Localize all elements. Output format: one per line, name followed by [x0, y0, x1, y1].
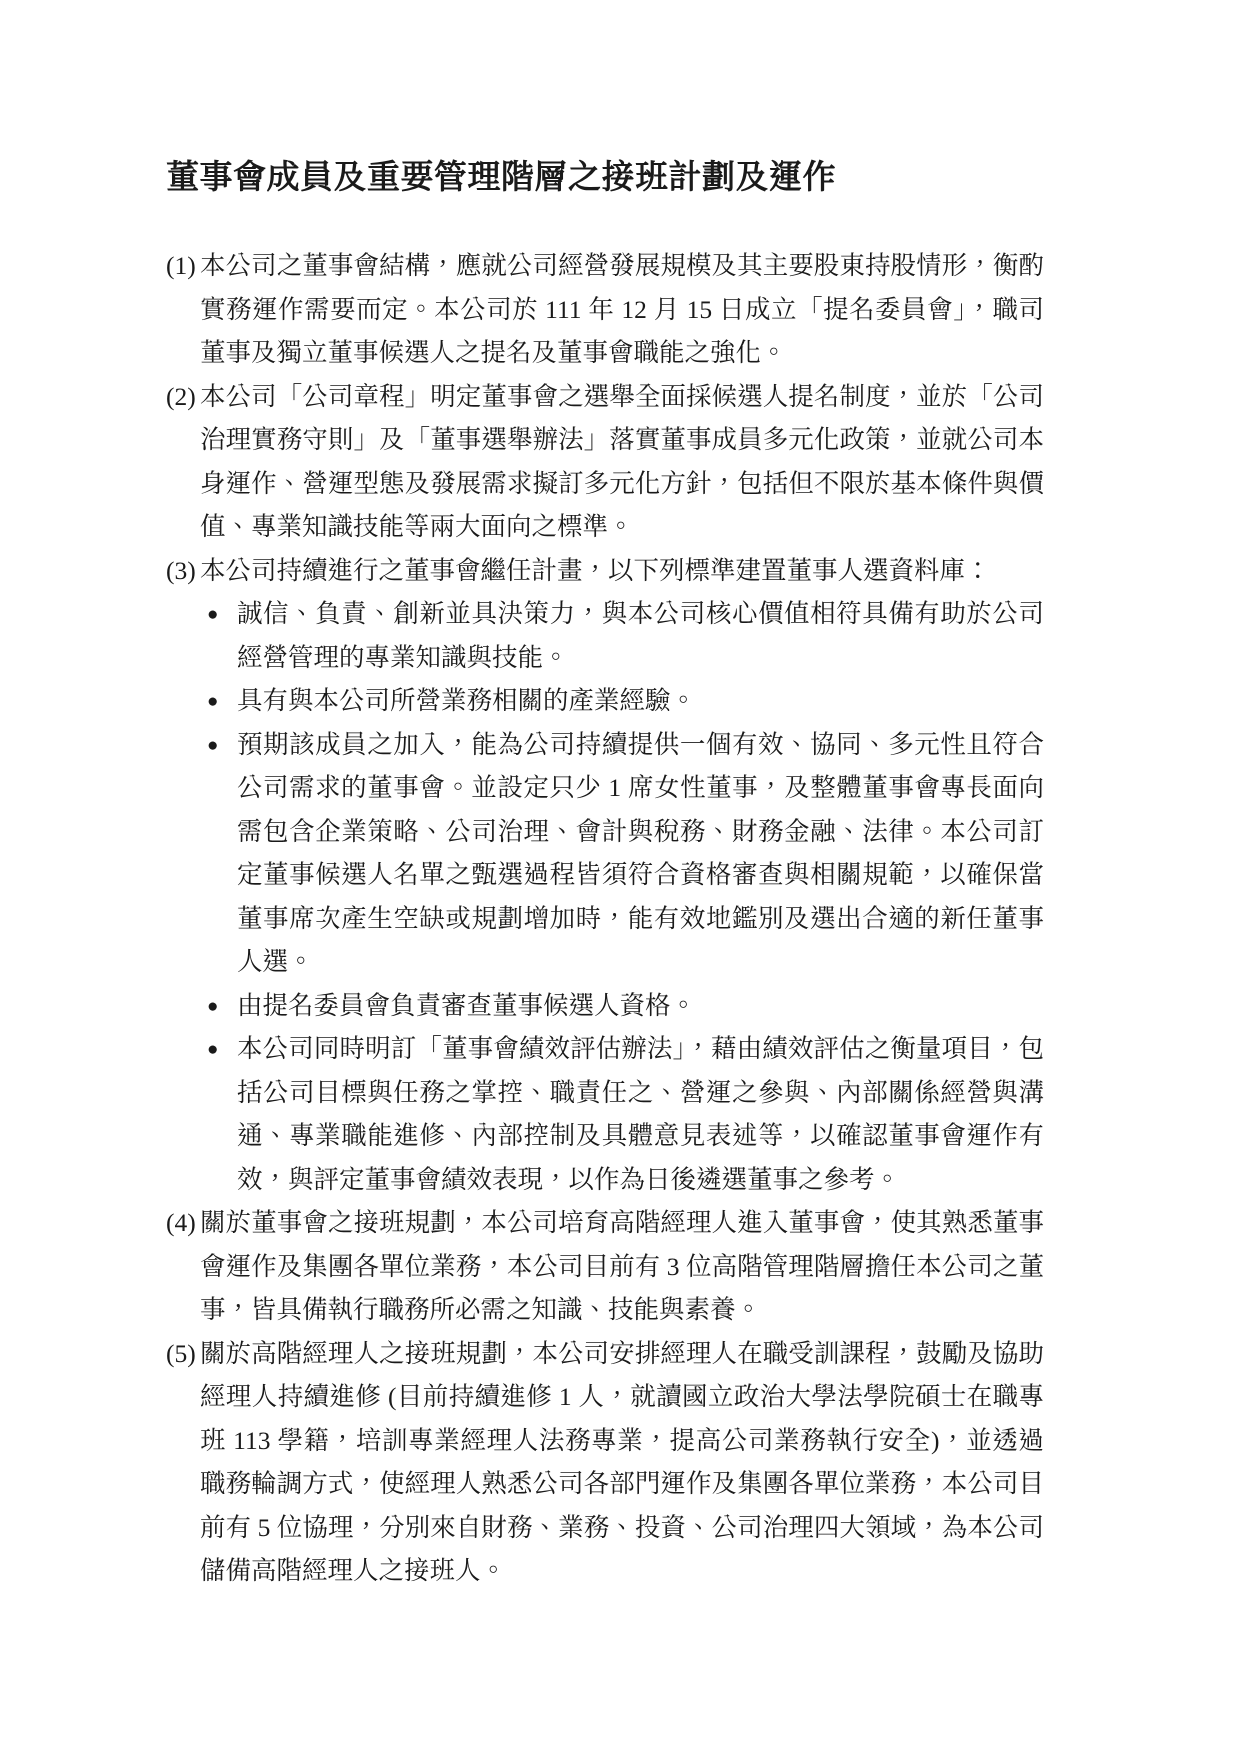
paragraph-text: 本公司之董事會結構，應就公司經營發展規模及其主要股東持股情形，衡酌實務運作需要而…	[200, 251, 1044, 367]
paragraph-5: (5) 關於高階經理人之接班規劃，本公司安排經理人在職受訓課程，鼓勵及協助經理人…	[166, 1332, 1044, 1593]
document-body: (1) 本公司之董事會結構，應就公司經營發展規模及其主要股東持股情形，衡酌實務運…	[166, 244, 1044, 1593]
bullet-icon: ●	[207, 593, 218, 637]
bullet-icon: ●	[207, 1028, 218, 1072]
bullet-text: 由提名委員會負責審查董事候選人資格。	[237, 991, 696, 1020]
list-number: (1)	[166, 244, 196, 288]
bullet-text: 本公司同時明訂「董事會績效評估辦法」，藉由績效評估之衡量項目，包括公司目標與任務…	[237, 1034, 1044, 1194]
bullet-item: ● 具有與本公司所營業務相關的產業經驗。	[166, 679, 1044, 723]
paragraph-3: (3) 本公司持續進行之董事會繼任計畫，以下列標準建置董事人選資料庫：	[166, 549, 1044, 593]
paragraph-text: 本公司「公司章程」明定董事會之選舉全面採候選人提名制度，並於「公司治理實務守則」…	[200, 382, 1044, 542]
bullet-icon: ●	[207, 724, 218, 768]
bullet-text: 誠信、負責、創新並具決策力，與本公司核心價值相符具備有助於公司經營管理的專業知識…	[237, 599, 1044, 672]
bullet-item: ● 本公司同時明訂「董事會績效評估辦法」，藉由績效評估之衡量項目，包括公司目標與…	[166, 1027, 1044, 1201]
list-number: (5)	[166, 1332, 196, 1376]
paragraph-2: (2) 本公司「公司章程」明定董事會之選舉全面採候選人提名制度，並於「公司治理實…	[166, 375, 1044, 549]
bullet-item: ● 由提名委員會負責審查董事候選人資格。	[166, 984, 1044, 1028]
list-number: (2)	[166, 375, 196, 419]
bullet-item: ● 誠信、負責、創新並具決策力，與本公司核心價值相符具備有助於公司經營管理的專業…	[166, 592, 1044, 679]
bullet-item: ● 預期該成員之加入，能為公司持續提供一個有效、協同、多元性且符合公司需求的董事…	[166, 723, 1044, 984]
bullet-text: 具有與本公司所營業務相關的產業經驗。	[237, 686, 696, 715]
paragraph-text: 關於高階經理人之接班規劃，本公司安排經理人在職受訓課程，鼓勵及協助經理人持續進修…	[200, 1339, 1044, 1586]
list-number: (4)	[166, 1201, 196, 1245]
document-page: 董事會成員及重要管理階層之接班計劃及運作 (1) 本公司之董事會結構，應就公司經…	[0, 0, 1240, 1754]
page-title: 董事會成員及重要管理階層之接班計劃及運作	[166, 160, 1044, 196]
list-number: (3)	[166, 549, 196, 593]
paragraph-4: (4) 關於董事會之接班規劃，本公司培育高階經理人進入董事會，使其熟悉董事會運作…	[166, 1201, 1044, 1332]
bullet-text: 預期該成員之加入，能為公司持續提供一個有效、協同、多元性且符合公司需求的董事會。…	[237, 730, 1044, 977]
bullet-icon: ●	[207, 985, 218, 1029]
bullet-icon: ●	[207, 680, 218, 724]
paragraph-text: 關於董事會之接班規劃，本公司培育高階經理人進入董事會，使其熟悉董事會運作及集團各…	[200, 1208, 1044, 1324]
paragraph-1: (1) 本公司之董事會結構，應就公司經營發展規模及其主要股東持股情形，衡酌實務運…	[166, 244, 1044, 375]
paragraph-text: 本公司持續進行之董事會繼任計畫，以下列標準建置董事人選資料庫：	[200, 556, 991, 585]
